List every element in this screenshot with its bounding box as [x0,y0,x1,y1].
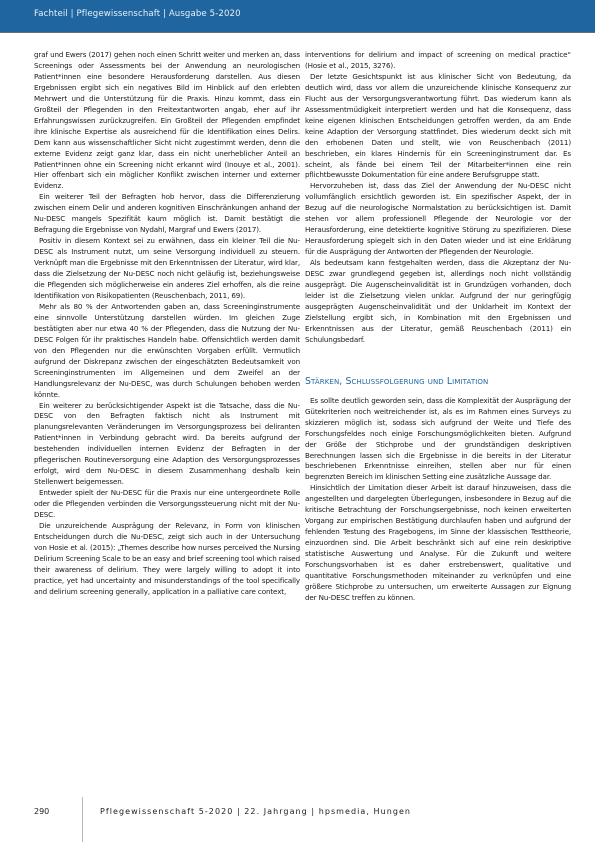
paragraph: Hinsichtlich der Limitation dieser Arbei… [305,483,571,603]
left-column: graf und Ewers (2017) gehen noch einen S… [34,50,300,598]
paragraph: Mehr als 80 % der Antwortenden gaben an,… [34,302,300,401]
running-header-title: Fachteil | Pflegewissenschaft | Ausgabe … [34,9,241,19]
paragraph: Hervorzuheben ist, dass das Ziel der Anw… [305,181,571,258]
paragraph: Als bedeutsam kann festgehalten werden, … [305,258,571,346]
page-number: 290 [34,807,49,816]
footer-journal-info: Pflegewissenschaft 5-2020 | 22. Jahrgang… [100,807,411,816]
paragraph: graf und Ewers (2017) gehen noch einen S… [34,50,300,192]
page-footer: 290 Pflegewissenschaft 5-2020 | 22. Jahr… [0,805,595,842]
paragraph: Die unzureichende Ausprägung der Relevan… [34,521,300,598]
paragraph: Ein weiterer Teil der Befragten hob herv… [34,192,300,236]
right-column: interventions for delirium and impact of… [305,50,571,604]
paragraph: Es sollte deutlich geworden sein, dass d… [305,396,571,484]
paragraph: Ein weiterer zu berücksichtigender Aspek… [34,401,300,489]
paragraph: Entweder spielt der Nu-DESC für die Prax… [34,488,300,521]
paragraph: Der letzte Gesichtspunkt ist aus klinisc… [305,72,571,182]
section-heading: Stärken, Schlussfolgerung und Limitation [305,376,571,388]
header-bar: Fachteil | Pflegewissenschaft | Ausgabe … [0,0,595,33]
footer-divider [82,797,83,842]
paragraph: Positiv in diesem Kontext sei zu erwähne… [34,236,300,302]
paragraph: interventions for delirium and impact of… [305,50,571,72]
